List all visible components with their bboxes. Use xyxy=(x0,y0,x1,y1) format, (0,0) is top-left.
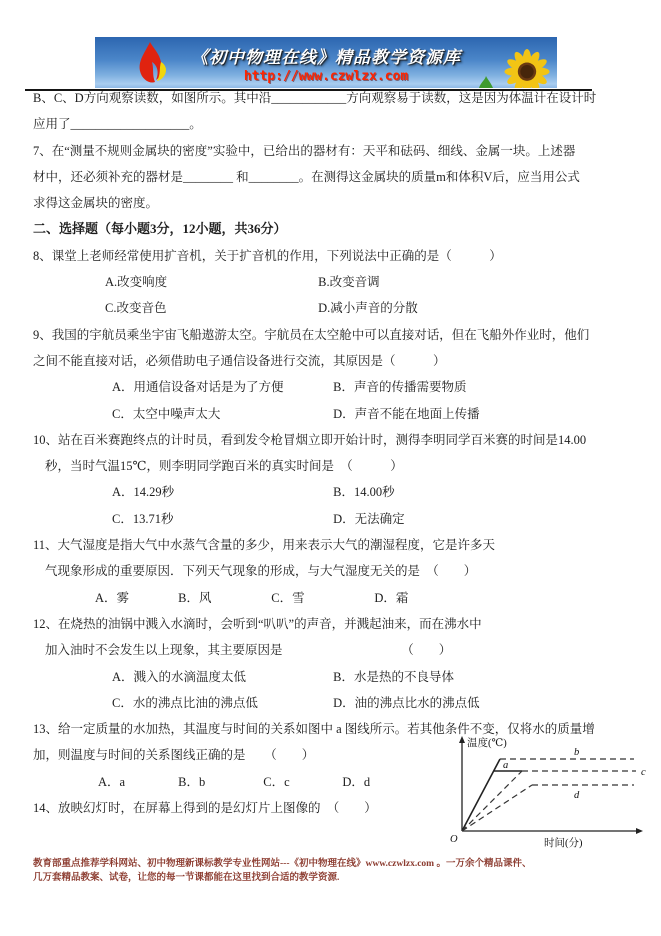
question-9-options-row-2: C．太空中噪声太大 D．声音不能在地面上传播 xyxy=(33,401,639,427)
x-axis-label: 时间(分) xyxy=(544,836,583,849)
exam-body: B、C、D方向观察读数，如图所示。其中沿____________方向观察易于读数… xyxy=(33,85,639,821)
option-8-c: C.改变音色 xyxy=(105,295,315,321)
question-10-options-row-2: C．13.71秒 D．无法确定 xyxy=(33,506,639,532)
page-footer: 教育部重点推荐学科网站、初中物理新课标教学专业性网站---《初中物理在线》www… xyxy=(33,858,633,885)
question-11-line-2: 气现象形成的重要原因．下列天气现象的形成，与大气湿度无关的是 （ ） xyxy=(33,558,639,584)
option-12-d: D．油的沸点比水的沸点低 xyxy=(333,696,480,710)
option-9-a: A．用通信设备对话是为了方便 xyxy=(112,374,330,400)
footer-line-2: 几万套精品教案、试卷，让您的每一节课都能在这里找到合适的教学资源. xyxy=(33,872,633,886)
section-2-heading: 二、选择题（每小题3分，12小题，共36分） xyxy=(33,216,639,242)
curve-a-label: a xyxy=(503,760,508,771)
option-12-a: A．溅入的水滴温度太低 xyxy=(112,664,330,690)
option-11-b: B．风 xyxy=(178,585,268,611)
option-11-a: A．雾 xyxy=(95,585,175,611)
footer-line-1: 教育部重点推荐学科网站、初中物理新课标教学专业性网站---《初中物理在线》www… xyxy=(33,858,633,872)
intro-line-2: 应用了___________________。 xyxy=(33,111,639,137)
option-8-a: A.改变响度 xyxy=(105,269,315,295)
question-9-line-1: 9、我国的宇航员乘坐宇宙飞船遨游太空。宇航员在太空舱中可以直接对话，但在飞船外作… xyxy=(33,322,639,348)
question-11-options-row: A．雾 B．风 C．雪 D．霜 xyxy=(33,585,639,611)
banner-title: 《初中物理在线》精品教学资源库 xyxy=(95,43,557,68)
option-10-c: C．13.71秒 xyxy=(112,506,330,532)
y-axis-label: 温度(℃) xyxy=(467,736,507,749)
option-13-c: C．c xyxy=(263,769,339,795)
option-11-d: D．霜 xyxy=(374,591,408,605)
option-9-b: B．声音的传播需要物质 xyxy=(333,380,466,394)
curve-rise-solid xyxy=(462,759,500,831)
question-7-line-3: 求得这金属块的密度。 xyxy=(33,190,639,216)
question-12-line-2: 加入油时不会发生以上现象，其主要原因是 （ ） xyxy=(33,637,639,663)
option-11-c: C．雪 xyxy=(271,585,371,611)
option-12-b: B．水是热的不良导体 xyxy=(333,670,454,684)
option-8-d: D.减小声音的分散 xyxy=(318,301,418,315)
curve-d-rise xyxy=(462,785,532,831)
question-12-options-row-1: A．溅入的水滴温度太低 B．水是热的不良导体 xyxy=(33,664,639,690)
y-axis-arrow-icon xyxy=(459,736,465,743)
option-8-b: B.改变音调 xyxy=(318,275,379,289)
option-9-d: D．声音不能在地面上传播 xyxy=(333,407,480,421)
option-9-c: C．太空中噪声太大 xyxy=(112,401,330,427)
option-10-a: A．14.29秒 xyxy=(112,479,330,505)
sunflower-icon xyxy=(499,45,555,88)
site-banner[interactable]: 《初中物理在线》精品教学资源库 http://www.czwlzx.com xyxy=(95,37,557,88)
curve-c-label: c xyxy=(641,767,646,778)
option-13-b: B．b xyxy=(178,769,260,795)
question-8-options-row-2: C.改变音色 D.减小声音的分散 xyxy=(33,295,639,321)
option-12-c: C．水的沸点比油的沸点低 xyxy=(112,690,330,716)
question-9-options-row-1: A．用通信设备对话是为了方便 B．声音的传播需要物质 xyxy=(33,374,639,400)
option-10-b: B．14.00秒 xyxy=(333,485,394,499)
question-10-options-row-1: A．14.29秒 B．14.00秒 xyxy=(33,479,639,505)
option-10-d: D．无法确定 xyxy=(333,512,405,526)
question-10-line-2: 秒，当时气温15℃，则李明同学跑百米的真实时间是 （ ） xyxy=(33,453,639,479)
temperature-time-graph: 温度(℃) 时间(分) O b a c d xyxy=(448,733,658,859)
intro-line-1: B、C、D方向观察读数，如图所示。其中沿____________方向观察易于读数… xyxy=(33,85,639,111)
x-axis-arrow-icon xyxy=(636,828,643,834)
option-13-a: A．a xyxy=(98,769,175,795)
question-11-line-1: 11、大气湿度是指大气中水蒸气含量的多少，用来表示大气的潮湿程度，它是许多天 xyxy=(33,532,639,558)
question-10-line-1: 10、站在百米赛跑终点的计时员，看到发令枪冒烟立即开始计时，测得李明同学百米赛的… xyxy=(33,427,639,453)
curve-c-rise xyxy=(462,771,522,831)
question-12-options-row-2: C．水的沸点比油的沸点低 D．油的沸点比水的沸点低 xyxy=(33,690,639,716)
question-8-options-row-1: A.改变响度 B.改变音调 xyxy=(33,269,639,295)
exam-page: 《初中物理在线》精品教学资源库 http://www.czwlzx.com xyxy=(0,0,661,936)
question-12-line-1: 12、在烧热的油锅中溅入水滴时，会听到“叭叭”的声音，并溅起油来，而在沸水中 xyxy=(33,611,639,637)
option-13-d: D．d xyxy=(342,775,370,789)
curve-d-label: d xyxy=(574,790,580,801)
question-7-line-1: 7、在“测量不规则金属块的密度”实验中，已给出的器材有：天平和砝码、细线、金属一… xyxy=(33,138,639,164)
curve-b-label: b xyxy=(574,747,579,758)
question-9-line-2: 之间不能直接对话，必须借助电子通信设备进行交流，其原因是（ ） xyxy=(33,348,639,374)
origin-label: O xyxy=(450,834,458,845)
question-8-stem: 8、课堂上老师经常使用扩音机，关于扩音机的作用，下列说法中正确的是（ ） xyxy=(33,243,639,269)
question-7-line-2: 材中，还必须补充的器材是________ 和________。在测得这金属块的质… xyxy=(33,164,639,190)
